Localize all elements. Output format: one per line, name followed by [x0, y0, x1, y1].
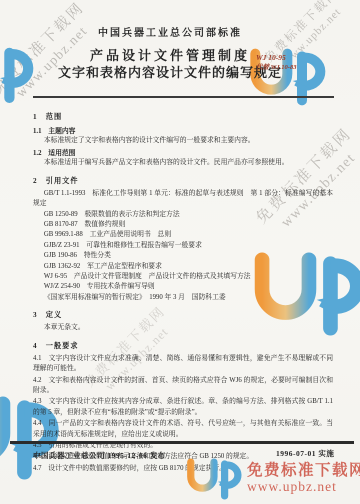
header-divider — [33, 96, 334, 98]
supersedes-note: 代替 WJ 10-83 — [256, 63, 296, 73]
brand-site-name: 免费标准下载网 — [247, 462, 360, 479]
section-1-1-paragraph: 本标准规定了文字和表格内容的设计文件编写的一般要求和主要内容。 — [33, 136, 333, 146]
reference-item: WJ/Z 254-90 专用技术条件编写导则 — [33, 282, 333, 292]
reference-item: WJ 6-95 产品设计文件管理制度 产品设计文件的格式及其填写方法 — [33, 272, 333, 282]
scanned-standard-page: 免费标准下载网 www.upbz.net 免费标准下载网 www.upbz.ne… — [0, 0, 360, 504]
section-4-heading: 4 一般要求 — [33, 341, 333, 351]
reference-item: GB 9969.1-88 工业产品使用说明书 总则 — [33, 230, 333, 240]
org-standard-label: 中国兵器工业总公司部标准 — [0, 24, 340, 39]
section-1-2-paragraph: 本标准适用于编写兵器产品文字和表格内容的设计文件。民用产品亦可参照使用。 — [33, 158, 333, 168]
brand-site-url: www.upbz.net — [247, 479, 360, 494]
reference-item: GB 1250-89 极限数值的表示方法和判定方法 — [33, 210, 333, 220]
upbz-brand-text: 免费标准下载网 www.upbz.net — [247, 462, 360, 494]
clause-paragraph: 4.3 文字内容设计文件应按其内容分成章、条进行叙述。章、条的编号方法、排列格式… — [33, 397, 333, 418]
document-body: 1 范围 1.1 主题内容 本标准规定了文字和表格内容的设计文件编写的一般要求和… — [33, 110, 333, 475]
section-1-1-heading: 1.1 主题内容 — [33, 125, 333, 135]
standard-number-block: WJ 10-95 代替 WJ 10-83 — [256, 52, 296, 73]
section-1-2-heading: 1.2 适用范围 — [33, 147, 333, 157]
section-1-heading: 1 范围 — [33, 112, 333, 122]
reference-item: GJB 1362-92 军工产品定型程序和要求 — [33, 262, 333, 272]
reference-item: 《国家军用标准编写的暂行规定》 1990 年 3 月 国防科工委 — [33, 293, 333, 303]
section-3-paragraph: 本章无条文。 — [33, 323, 333, 333]
section-2-heading: 2 引用文件 — [33, 176, 333, 186]
clause-paragraph: 4.2 文字和表格内容设计文件的封面、首页、续页的格式应符合 WJ6 的规定，必… — [33, 376, 333, 397]
footer-issued-date: 中国兵器工业总公司 1995-12-06 发布 — [33, 450, 166, 461]
standard-number: WJ 10-95 — [256, 52, 296, 63]
clause-paragraph: 4.1 文字内容设计文件应力求准确、清楚、简练、通俗易懂和有逻辑性，避免产生不易… — [33, 354, 333, 375]
reference-item: GJB 190-86 特性分类 — [33, 251, 333, 261]
reference-item: GJB/Z 23-91 可靠性和维修性工程报告编写一般要求 — [33, 241, 333, 251]
upbz-logo-icon — [184, 458, 242, 500]
footer-divider — [10, 441, 354, 444]
upbz-brand-footer: 免费标准下载网 www.upbz.net — [184, 458, 360, 500]
reference-item: GB 8170-87 数值修约规则 — [33, 220, 333, 230]
reference-item: GB/T 1.1-1993 标准化工作导则第 1 单元：标准的起草与表述规则 第… — [33, 189, 333, 210]
clause-paragraph: 4.4 同一产品的文字和表格内容设计文件的术语、符号、代号应统一，与其他有关标准… — [33, 419, 333, 440]
section-3-heading: 3 定义 — [33, 310, 333, 320]
